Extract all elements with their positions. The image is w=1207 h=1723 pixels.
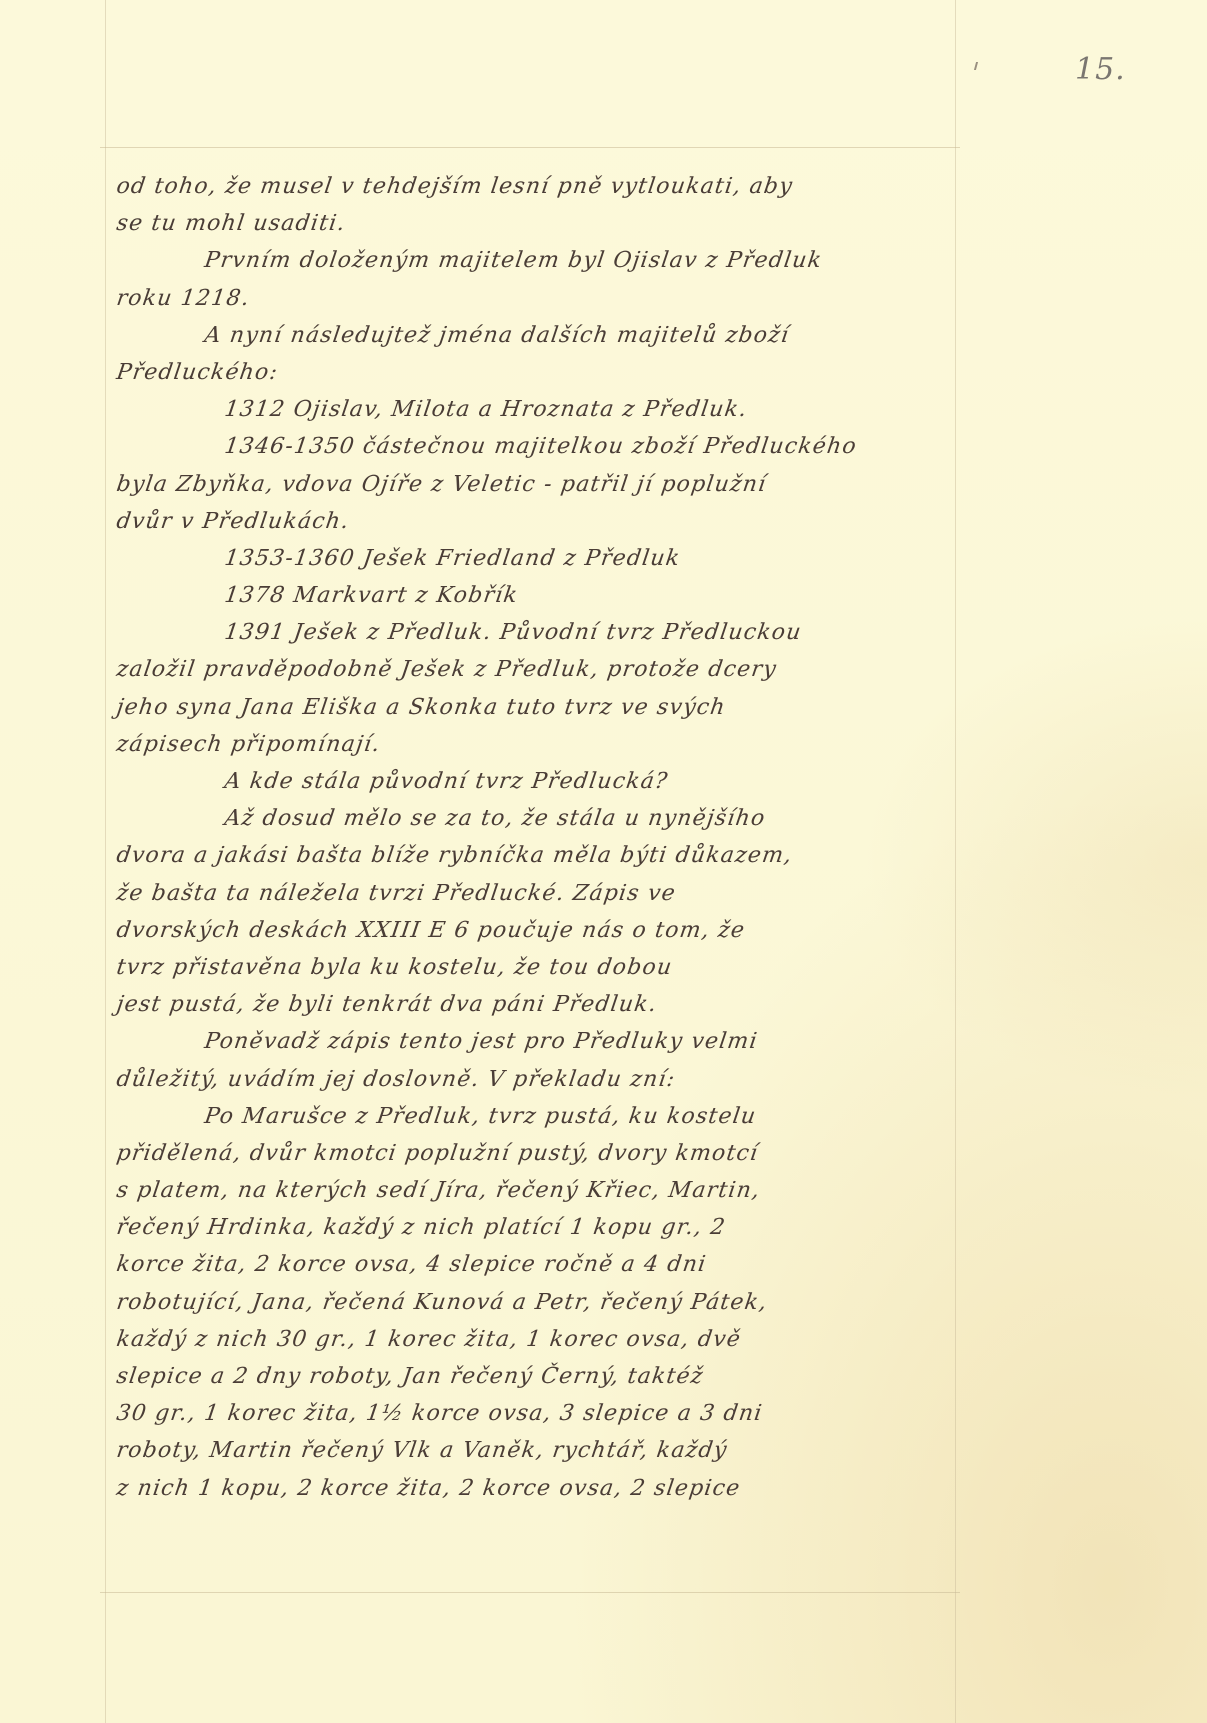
text-line: 1312 Ojislav, Milota a Hroznata z Předlu… <box>114 391 969 428</box>
text-line: založil pravděpodobně Ješek z Předluk, p… <box>114 651 969 688</box>
text-line: 1353-1360 Ješek Friedland z Předluk <box>114 540 969 577</box>
text-line: Předluckého: <box>114 354 969 391</box>
text-line: A nyní následujtež jména dalších majitel… <box>114 317 969 354</box>
text-line: Prvním doloženým majitelem byl Ojislav z… <box>114 242 969 279</box>
text-line: důležitý, uvádím jej doslovně. V překlad… <box>114 1061 969 1098</box>
text-line: A kde stála původní tvrz Předlucká? <box>114 763 969 800</box>
text-line: s platem, na kterých sedí Jíra, řečený K… <box>114 1172 969 1209</box>
text-line: roku 1218. <box>114 280 969 317</box>
text-line: z nich 1 kopu, 2 korce žita, 2 korce ovs… <box>114 1470 969 1507</box>
text-line: dvůr v Předlukách. <box>114 503 969 540</box>
pencil-mark <box>974 62 978 70</box>
text-line: tvrz přistavěna byla ku kostelu, že tou … <box>114 949 969 986</box>
text-line: že bašta ta náležela tvrzi Předlucké. Zá… <box>114 875 969 912</box>
margin-rule-bottom <box>100 1592 960 1593</box>
text-line: robotující, Jana, řečená Kunová a Petr, … <box>114 1284 969 1321</box>
text-line: slepice a 2 dny roboty, Jan řečený Černý… <box>114 1358 969 1395</box>
text-line: každý z nich 30 gr., 1 korec žita, 1 kor… <box>114 1321 969 1358</box>
margin-rule-top <box>100 147 960 148</box>
text-line: jeho syna Jana Eliška a Skonka tuto tvrz… <box>114 689 969 726</box>
text-line: řečený Hrdinka, každý z nich platící 1 k… <box>114 1209 969 1246</box>
text-line: 1391 Ješek z Předluk. Původní tvrz Předl… <box>114 614 969 651</box>
manuscript-page: 15. od toho, že musel v tehdejším lesní … <box>0 0 1207 1723</box>
handwritten-text-block: od toho, že musel v tehdejším lesní pně … <box>114 168 964 1507</box>
text-line: dvora a jakási bašta blíže rybníčka měla… <box>114 837 969 874</box>
text-line: byla Zbyňka, vdova Ojíře z Veletic - pat… <box>114 466 969 503</box>
text-line: korce žita, 2 korce ovsa, 4 slepice ročn… <box>114 1246 969 1283</box>
text-line: se tu mohl usaditi. <box>114 205 969 242</box>
text-line: 30 gr., 1 korec žita, 1½ korce ovsa, 3 s… <box>114 1395 969 1432</box>
text-line: přidělená, dvůr kmotci poplužní pustý, d… <box>114 1135 969 1172</box>
text-line: jest pustá, že byli tenkrát dva páni Pře… <box>114 986 969 1023</box>
page-number: 15. <box>1075 52 1126 87</box>
text-line: roboty, Martin řečený Vlk a Vaněk, rycht… <box>114 1432 969 1469</box>
text-line: 1346-1350 částečnou majitelkou zboží Pře… <box>114 428 969 465</box>
text-line: Až dosud mělo se za to, že stála u nyněj… <box>114 800 969 837</box>
text-line: zápisech připomínají. <box>114 726 969 763</box>
margin-rule-left <box>105 0 106 1723</box>
text-line: dvorských deskách XXIII E 6 poučuje nás … <box>114 912 969 949</box>
text-line: 1378 Markvart z Kobřík <box>114 577 969 614</box>
text-line: Po Marušce z Předluk, tvrz pustá, ku kos… <box>114 1098 969 1135</box>
text-line: od toho, že musel v tehdejším lesní pně … <box>114 168 969 205</box>
text-line: Poněvadž zápis tento jest pro Předluky v… <box>114 1023 969 1060</box>
